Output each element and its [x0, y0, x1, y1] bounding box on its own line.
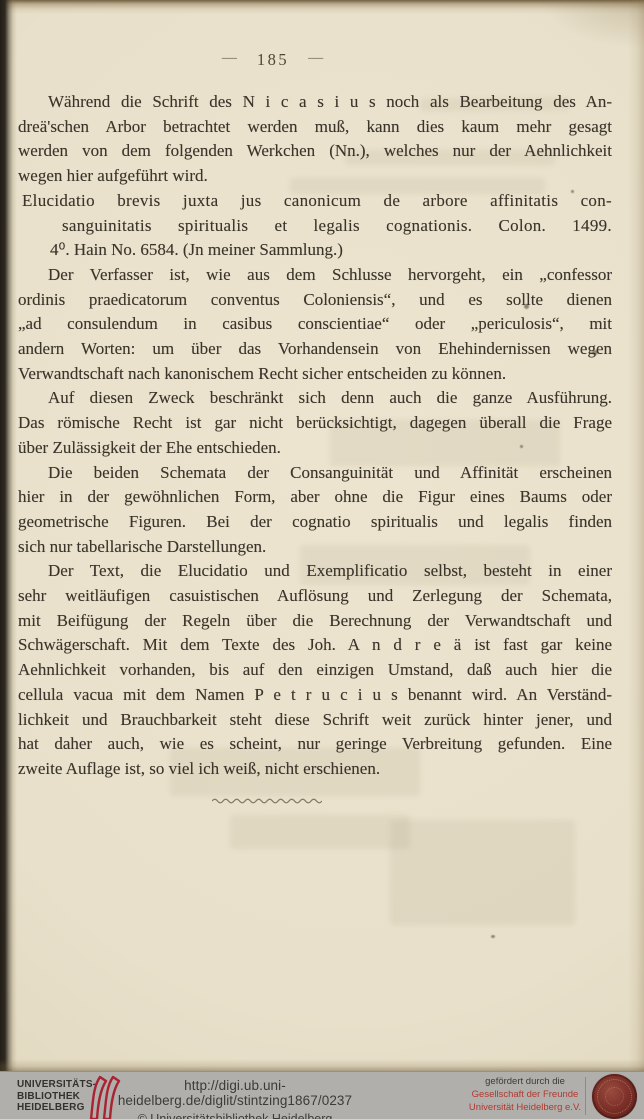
- text-line: lichkeit und Brauchbarkeit steht diese S…: [18, 708, 612, 733]
- text-line: Elucidatio brevis juxta jus canonicum de…: [18, 189, 612, 214]
- text-line: „ad consulendum in casibus conscientiae“…: [18, 312, 612, 337]
- funding-line: Gesellschaft der Freunde: [467, 1089, 583, 1102]
- page-edge-shadow-top: [0, 0, 644, 14]
- text-line: über Zulässigkeit der Ehe entschieden.: [18, 436, 612, 461]
- text-line: ordinis praedicatorum conventus Colonien…: [18, 288, 612, 313]
- text-line: Während die Schrift des N i c a s i u s …: [18, 90, 612, 115]
- footer-divider: [585, 1077, 586, 1115]
- source-url: http://digi.ub.uni-heidelberg.de/diglit/…: [98, 1078, 372, 1108]
- text-line: hat daher auch, wie es scheint, nur geri…: [18, 732, 612, 757]
- text-line: mit Beifügung der Regeln über die Berech…: [18, 609, 612, 634]
- showthrough-blotch: [390, 820, 575, 925]
- text-line: Das römische Recht ist gar nicht berücks…: [18, 411, 612, 436]
- text-line: Auf diesen Zweck beschränkt sich denn au…: [18, 386, 612, 411]
- text-line: sanguinitatis spiritualis et legalis cog…: [18, 214, 612, 239]
- text-line: Die beiden Schemata der Consanguinität u…: [18, 461, 612, 486]
- funding-line: gefördert durch die: [467, 1076, 583, 1089]
- funding-line: Universität Heidelberg e.V.: [467, 1102, 583, 1115]
- text-line: dreä'schen Arbor betrachtet werden muß, …: [18, 115, 612, 140]
- text-line: hier in der gewöhnlichen Form, aber ohne…: [18, 485, 612, 510]
- section-divider-squiggle-icon: [212, 796, 322, 806]
- header-dash-left: —: [222, 50, 238, 66]
- copyright-line: © Universitätsbibliothek Heidelberg: [98, 1112, 372, 1119]
- funding-credit: gefördert durch die Gesellschaft der Fre…: [467, 1076, 583, 1114]
- page-header: —185—: [18, 50, 528, 70]
- showthrough-blotch: [230, 815, 410, 849]
- text-line: Der Verfasser ist, wie aus dem Schlusse …: [18, 263, 612, 288]
- page-number: 185: [257, 50, 289, 69]
- text-line: werden von dem folgenden Werkchen (Nn.),…: [18, 139, 612, 164]
- text-line: Schwägerschaft. Mit dem Texte des Joh. A…: [18, 633, 612, 658]
- text-line: andern Worten: um über das Vorhandensein…: [18, 337, 612, 362]
- footer-bar: UNIVERSITÄTS- BIBLIOTHEK HEIDELBERG http…: [0, 1071, 644, 1119]
- header-dash-right: —: [308, 50, 324, 66]
- text-line: Verwandtschaft nach kanonischem Recht si…: [18, 362, 612, 387]
- text-line: Der Text, die Elucidatio und Exemplifica…: [18, 559, 612, 584]
- text-line: sehr weitläufigen casuistischen Auflösun…: [18, 584, 612, 609]
- text-line: geometrische Figuren. Bei der cognatio s…: [18, 510, 612, 535]
- text-line: sich nur tabellarische Darstellungen.: [18, 535, 612, 560]
- foxing-speck: [491, 935, 495, 938]
- university-seal-icon: [592, 1074, 637, 1119]
- text-line: Aehnlichkeit vorhanden, bis auf den einz…: [18, 658, 612, 683]
- text-line: wegen hier aufgeführt wird.: [18, 164, 612, 189]
- page-edge-shadow-right: [628, 0, 644, 1071]
- source-citation: http://digi.ub.uni-heidelberg.de/diglit/…: [98, 1078, 372, 1119]
- book-page: —185— Während die Schrift des N i c a s …: [0, 0, 644, 1071]
- scanned-book-page-view: —185— Während die Schrift des N i c a s …: [0, 0, 644, 1119]
- text-line: cellula vacua mit dem Namen P e t r u c …: [18, 683, 612, 708]
- page-edge-shadow-bottom: [0, 1059, 644, 1071]
- page-edge-shadow-left: [0, 0, 17, 1071]
- text-line: 4⁰. Hain No. 6584. (Jn meiner Sammlung.): [18, 238, 612, 263]
- text-line: zweite Auflage ist, so viel ich weiß, ni…: [18, 757, 612, 782]
- text-block: Während die Schrift des N i c a s i u s …: [18, 90, 612, 782]
